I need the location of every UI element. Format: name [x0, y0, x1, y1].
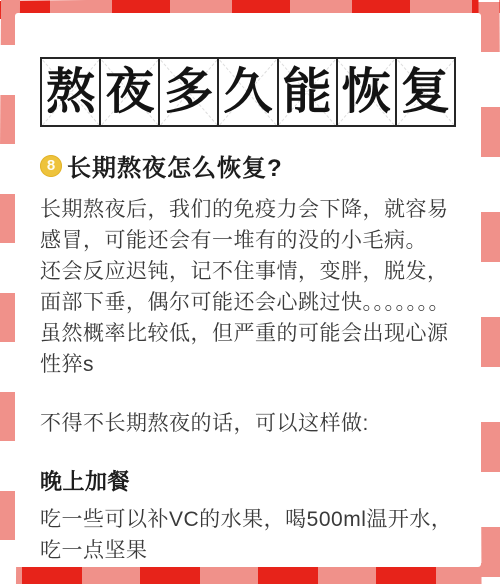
title-cell: 熬: [40, 57, 101, 127]
title-char: 能: [283, 68, 332, 117]
title-char: 恢: [342, 68, 391, 117]
paragraph: 还会反应迟钝，记不住事情，变胖，脱发，面部下垂，偶尔可能还会心跳过快。。。。。。…: [40, 256, 455, 318]
title-char: 熬: [46, 68, 95, 117]
post-image: 熬 夜 多 久 能: [0, 0, 500, 584]
advice-intro: 不得不长期熬夜的话，可以这样做:: [40, 408, 455, 439]
section-heading-row: 8 长期熬夜怎么恢复?: [40, 148, 455, 183]
paragraph: 长期熬夜后，我们的免疫力会下降，就容易感冒，可能还会有一堆有的没的小毛病。: [40, 194, 455, 256]
section-heading: 长期熬夜怎么恢复?: [67, 148, 283, 183]
title-cell: 夜: [99, 57, 160, 127]
number-badge: 8: [40, 155, 62, 177]
body-text-block: 长期熬夜后，我们的免疫力会下降，就容易感冒，可能还会有一堆有的没的小毛病。 还会…: [40, 194, 455, 380]
title-cell: 久: [217, 57, 278, 127]
tip-body: 吃一些可以补VC的水果，喝500ml温开水，吃一点坚果: [40, 504, 455, 566]
paragraph: 虽然概率比较低，但严重的可能会出现心源性猝s: [40, 318, 455, 380]
title-cell: 多: [158, 57, 219, 127]
title-grid: 熬 夜 多 久 能: [40, 57, 456, 127]
tip-heading: 晚上加餐: [40, 465, 455, 496]
striped-border-right: [478, 0, 500, 584]
title-char: 久: [223, 68, 272, 117]
title-char: 复: [401, 68, 450, 117]
title-cell: 能: [277, 57, 338, 127]
title-char: 多: [164, 68, 213, 117]
title-cell: 恢: [336, 57, 397, 127]
title-cell: 复: [395, 57, 456, 127]
content-card: 熬 夜 多 久 能: [15, 13, 481, 567]
title-char: 夜: [105, 68, 154, 117]
